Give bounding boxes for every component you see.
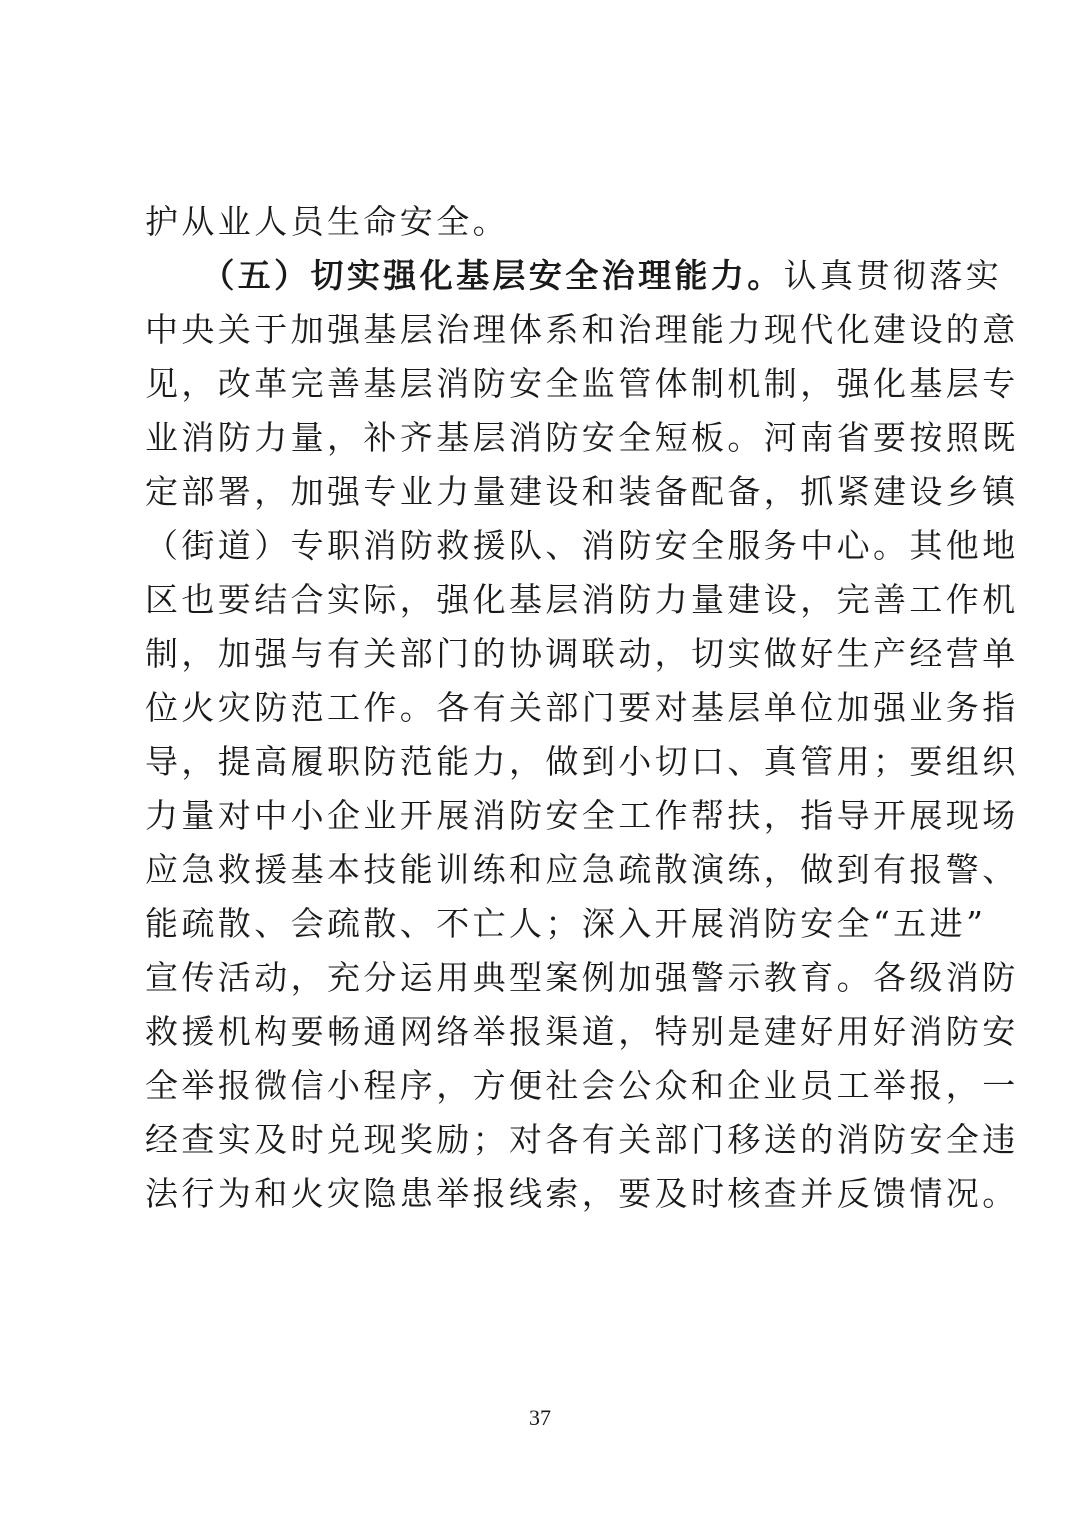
text-line: 全举报微信小程序，方便社会公众和企业员工举报，一 (145, 1059, 949, 1113)
text-line: 经查实及时兑现奖励；对各有关部门移送的消防安全违 (145, 1113, 949, 1167)
text-line: 护从业人员生命安全。 (145, 195, 949, 249)
text-line: 制，加强与有关部门的协调联动，切实做好生产经营单 (145, 627, 949, 681)
text-line: 见，改革完善基层消防安全监管体制机制，强化基层专 (145, 357, 949, 411)
heading-continuation: 认真贯彻落实 (784, 256, 1002, 295)
text-line: 导，提高履职防范能力，做到小切口、真管用；要组织 (145, 735, 949, 789)
text-line: 位火灾防范工作。各有关部门要对基层单位加强业务指 (145, 681, 949, 735)
text-line: （街道）专职消防救援队、消防安全服务中心。其他地 (145, 519, 949, 573)
section-heading-line: （五）切实强化基层安全治理能力。认真贯彻落实 (145, 249, 949, 303)
text-line: 定部署，加强专业力量建设和装备配备，抓紧建设乡镇 (145, 465, 949, 519)
text-line: 法行为和火灾隐患举报线索，要及时核查并反馈情况。 (145, 1167, 949, 1221)
text-line: 应急救援基本技能训练和应急疏散演练，做到有报警、 (145, 843, 949, 897)
text-line: 区也要结合实际，强化基层消防力量建设，完善工作机 (145, 573, 949, 627)
heading-indent (145, 256, 218, 295)
page-number: 37 (0, 1405, 1080, 1431)
text-line: 业消防力量，补齐基层消防安全短板。河南省要按照既 (145, 411, 949, 465)
section-heading: （五）切实强化基层安全治理能力。 (218, 256, 784, 295)
document-body: 护从业人员生命安全。 （五）切实强化基层安全治理能力。认真贯彻落实 中央关于加强… (145, 195, 949, 1221)
text-line: 能疏散、会疏散、不亡人；深入开展消防安全“五进” (145, 897, 949, 951)
text-line: 力量对中小企业开展消防安全工作帮扶，指导开展现场 (145, 789, 949, 843)
text-line: 中央关于加强基层治理体系和治理能力现代化建设的意 (145, 303, 949, 357)
text-line: 宣传活动，充分运用典型案例加强警示教育。各级消防 (145, 951, 949, 1005)
text-line: 救援机构要畅通网络举报渠道，特别是建好用好消防安 (145, 1005, 949, 1059)
document-page: 护从业人员生命安全。 （五）切实强化基层安全治理能力。认真贯彻落实 中央关于加强… (0, 0, 1080, 1526)
